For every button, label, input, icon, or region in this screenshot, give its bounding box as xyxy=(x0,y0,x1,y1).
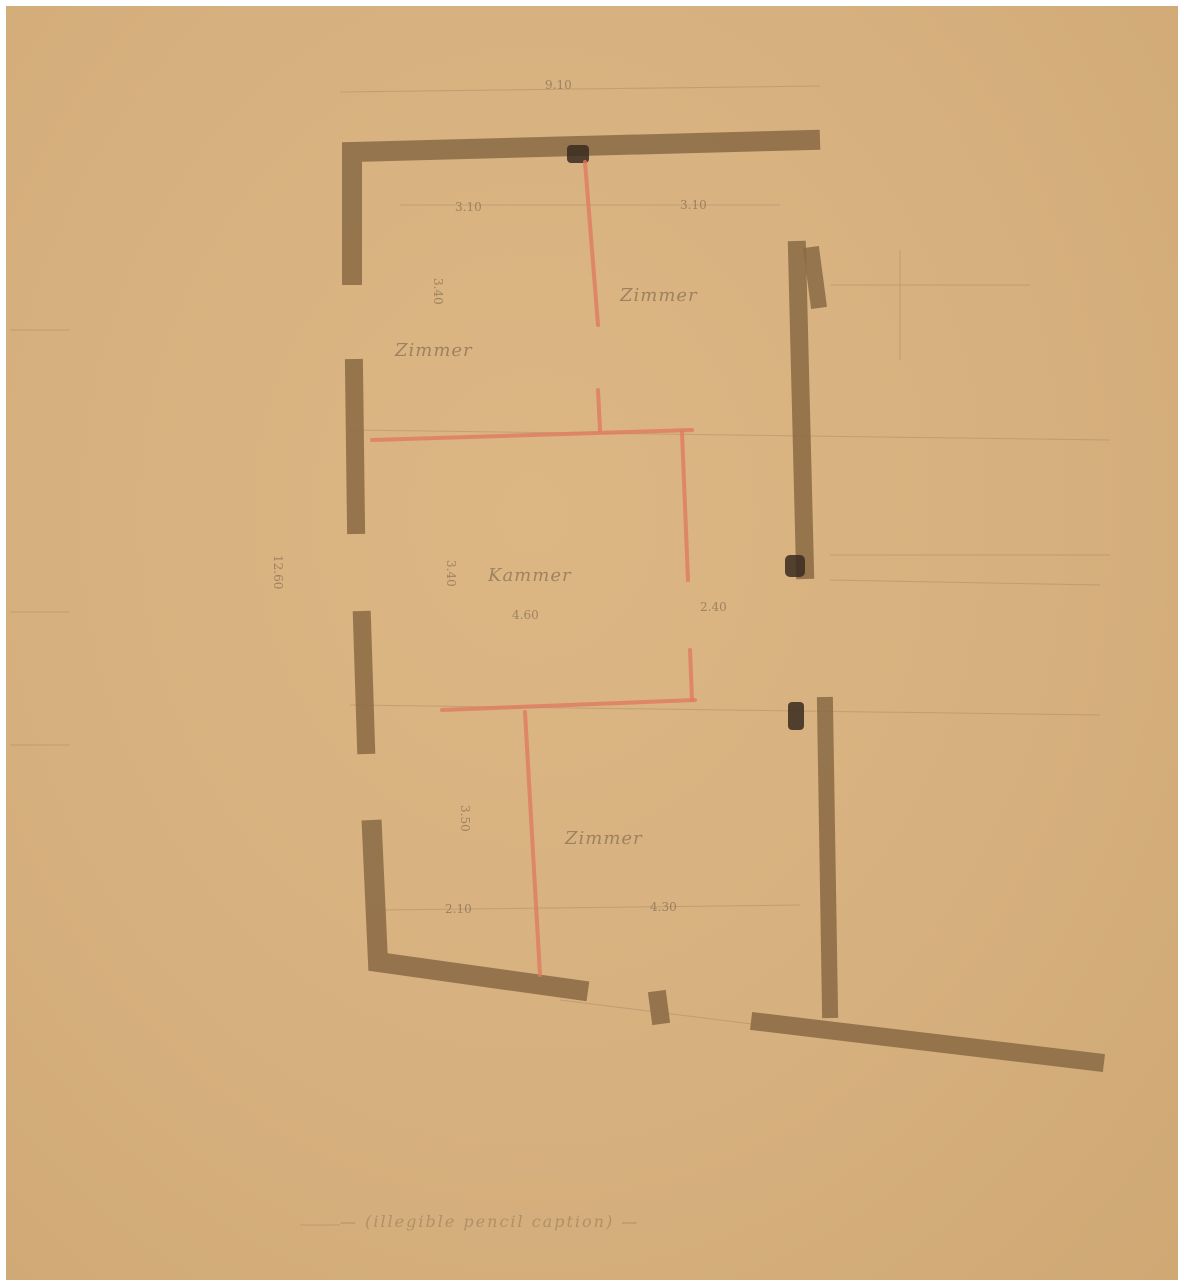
dim-middle-width: 4.60 xyxy=(512,608,539,622)
dim-lower-right-width: 4.30 xyxy=(650,900,677,914)
dim-overall-width: 9.10 xyxy=(545,78,572,92)
drawing-caption: — (illegible pencil caption) — xyxy=(340,1212,639,1231)
ink-blots xyxy=(567,145,805,730)
room-label-upper-left: Zimmer xyxy=(395,340,473,361)
dim-lower-depth: 3.50 xyxy=(458,805,472,832)
dim-middle-depth: 3.40 xyxy=(444,560,458,587)
room-label-middle: Kammer xyxy=(488,565,572,586)
dim-middle-side: 2.40 xyxy=(700,600,727,614)
dim-upper-left-width: 3.10 xyxy=(455,200,482,214)
dim-upper-left-depth: 3.40 xyxy=(431,278,445,305)
room-label-upper-right: Zimmer xyxy=(620,285,698,306)
dim-lower-left-width: 2.10 xyxy=(445,902,472,916)
dim-overall-depth: 12.60 xyxy=(271,555,285,589)
pencil-guide-lines xyxy=(10,86,1110,1225)
floor-plan-drawing xyxy=(0,0,1184,1286)
room-label-lower-right: Zimmer xyxy=(565,828,643,849)
dim-upper-right-width: 3.10 xyxy=(680,198,707,212)
